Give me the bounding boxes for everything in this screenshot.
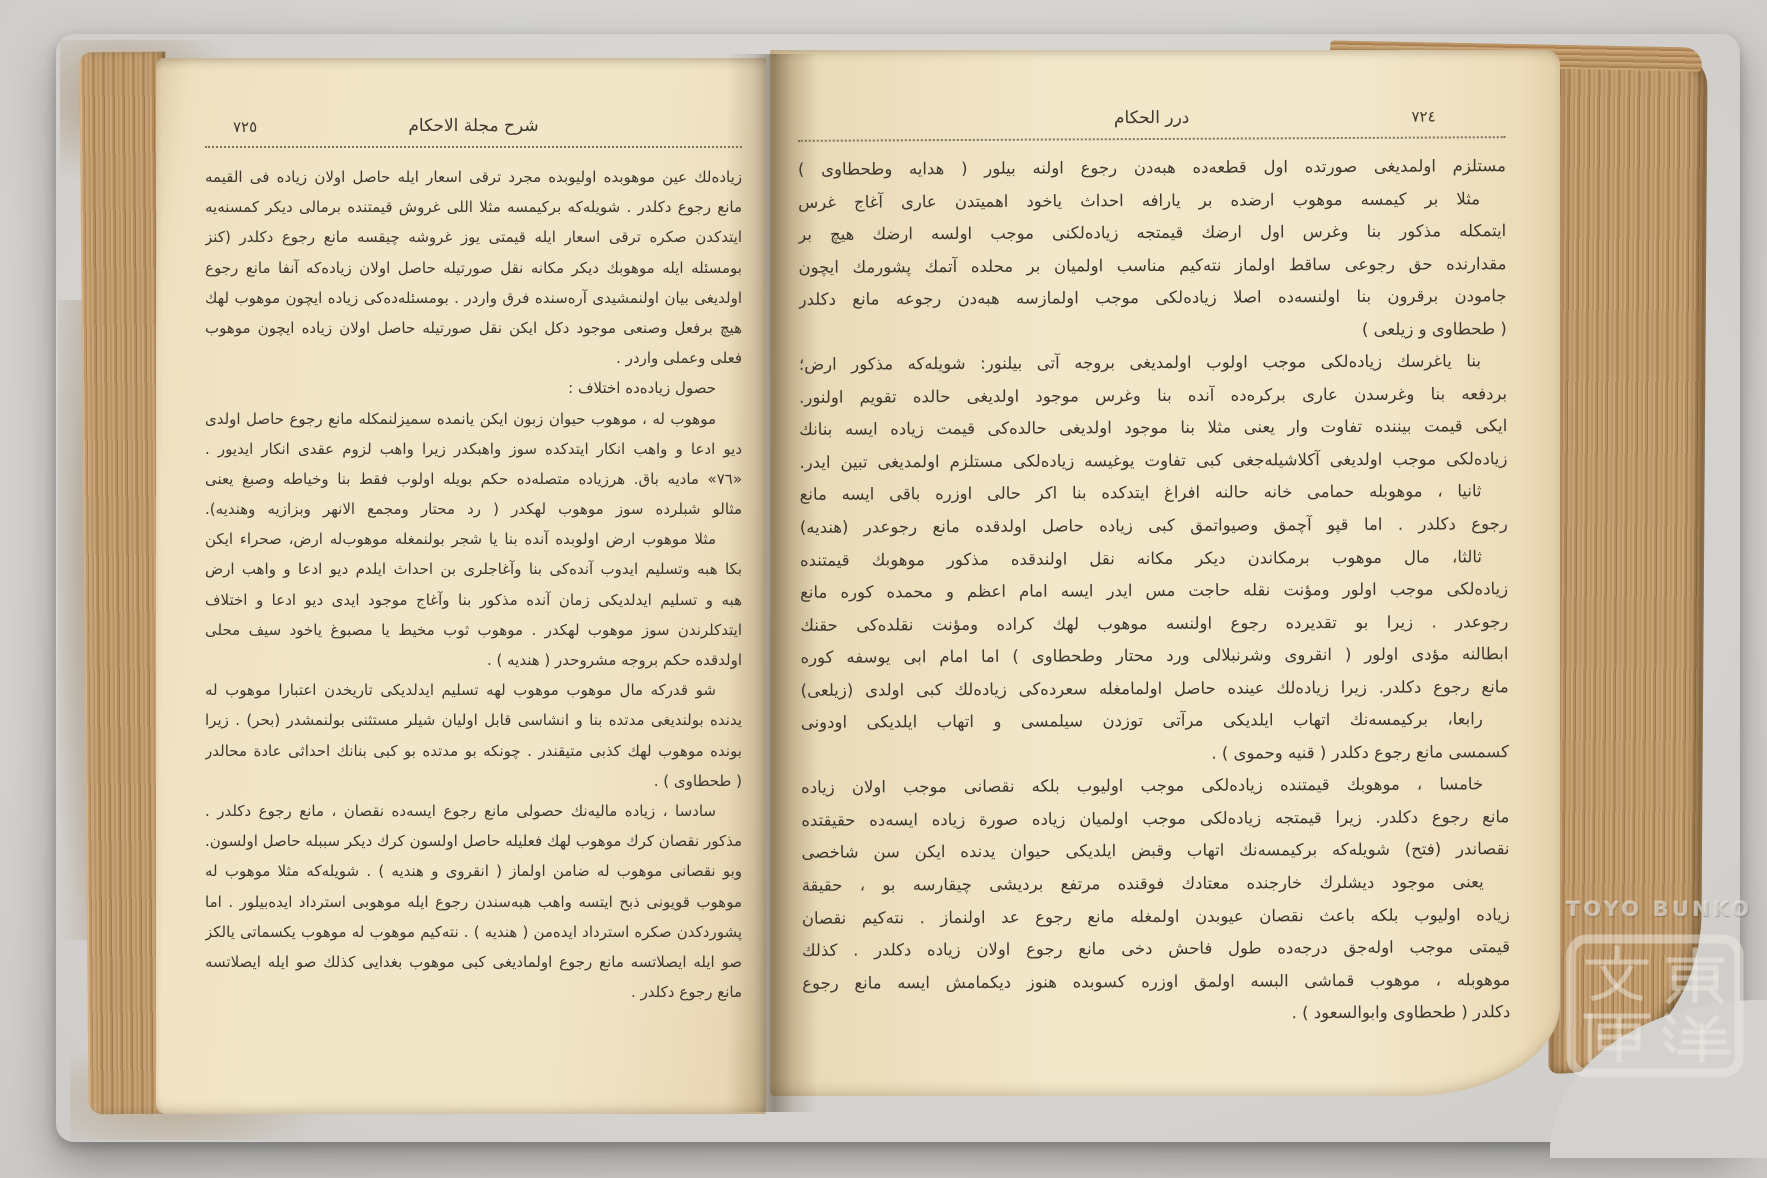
text-line: ايتمكله مذكور بنا وغرس اول ارضك قيمتجه ز… <box>798 215 1506 251</box>
text-line: موهوبله ، موهوب قماشى البسه اولمق اوزره … <box>802 964 1510 1000</box>
text-line: هبه و تسليم ايدلديكى زمان آنده مذكور بنا… <box>205 585 742 615</box>
text-line: مانع رجوع دكلدر . <box>205 977 742 1007</box>
text-line: وبو نقصانى موهوب له ضامن اولماز ( انقروى… <box>205 856 742 886</box>
text-line: ( طحطاوى ) . <box>205 766 742 796</box>
text-line: مانع رجوع دكلدر. زيرا زياده‌لك عينده حاص… <box>801 671 1509 707</box>
text-line: رجوع دكلدر . اما قپو آچمق وصيواتمق كبى ز… <box>800 508 1508 544</box>
text-line: ايتدكلرندن سوز موهوب لهكدر . موهوب ثوب م… <box>205 615 742 645</box>
right-page-text: مستلزم اولمديغى صورتده اول قطعه‌ده هبه‌د… <box>798 150 1511 1032</box>
right-page-header: ٧٢٤ درر الحكام <box>798 102 1506 136</box>
text-line: ديو ادعا و واهب انكار ايتدكده سوز واهبكد… <box>205 434 742 464</box>
book-photo: ٧٢٥ شرح مجلة الاحكام زياده‌لك عين موهوبد… <box>0 0 1767 1178</box>
text-line: رابعا، بركيمسه‌نك اتهاب ايلديكى مرآتى تو… <box>801 703 1509 739</box>
text-line: حصول زياده‌ده اختلاف : <box>205 373 742 403</box>
text-line: اولدقده حكم بروجه مشروحدر ( هنديه ) . <box>205 645 742 675</box>
text-line: نقصاندر (فتح) شويله‌كه بركيمسه‌نك اتهاب … <box>801 834 1509 870</box>
text-line: مثلا موهوب ارض اولوبده آنده بنا يا شجر ب… <box>205 524 742 554</box>
left-header-rule <box>205 146 742 148</box>
left-page-title: شرح مجلة الاحكام <box>205 112 742 140</box>
text-line: ايتدكدن صكره ترقى اسعار ايله قيمتى يوز غ… <box>205 222 742 252</box>
text-line: يعنى موجود ديشلرك خارجنده معتادك فوقنده … <box>802 866 1510 902</box>
text-line: مقدارنده حق رجوعى ساقط اولماز نته‌كيم من… <box>798 248 1506 284</box>
watermark-text: TOYO BUNKO <box>1566 899 1757 919</box>
text-line: مانع رجوع دكلدر. زيرا قيمتجه زياده‌لكى م… <box>801 801 1509 837</box>
text-line: بردفعه بنا وغرسدن عارى بركره‌ده آنده بنا… <box>799 378 1507 414</box>
text-line: اولديغى بيان اولنمشيدى آره‌سنده فرق وارد… <box>205 283 742 313</box>
text-line: يدنده بولنديغى مدتده بنا و انشاسى قابل ا… <box>205 705 742 735</box>
text-line: مثلا بر كيمسه موهوب ارضده بر يارافه احدا… <box>798 183 1506 219</box>
text-line: موهوب له ، موهوب حيوان زبون ايكن يانمده … <box>205 404 742 434</box>
text-line: شو قدركه مال موهوب موهوب لهه تسليم ايدلد… <box>205 675 742 705</box>
text-line: هيچ برفعل وصنعى موجود دكل ايكن نقل صورتي… <box>205 313 742 343</box>
text-line: مستلزم اولمديغى صورتده اول قطعه‌ده هبه‌د… <box>798 150 1506 186</box>
text-line: جامودن برقرون بنا اولنسه‌ده اصلا زياده‌ل… <box>799 280 1507 316</box>
text-line: كسمسى مانع رجوع دكلدر ( قنيه وحموى ) . <box>801 736 1509 772</box>
right-page: ٧٢٤ درر الحكام مستلزم اولمديغى صورتده او… <box>798 102 1511 1032</box>
left-page: ٧٢٥ شرح مجلة الاحكام زياده‌لك عين موهوبد… <box>205 112 742 1007</box>
text-line: «٧٦» ماديه باق. هرزياده متصله‌ده حكم بوي… <box>205 464 742 494</box>
text-line: ابطالنه مؤدى اولور ( انقروى وشرنبلالى ور… <box>800 638 1508 674</box>
text-line: ثانيا ، موهوبله حمامى خانه حالنه افراغ ا… <box>800 476 1508 512</box>
text-line: رجوعدر . زيرا بو تقديرده رجوع اولنسه موه… <box>800 606 1508 642</box>
library-seal-icon <box>1566 934 1744 1078</box>
text-line: سادسا ، زياده ماليه‌نك حصولى مانع رجوع ا… <box>205 796 742 826</box>
text-line: قيمتى موجب اوله‌جق درجه‌ده طول فاحش دخى … <box>802 931 1510 967</box>
text-line: زياده‌لك عين موهوبده اوليوبده مجرد ترقى … <box>205 162 742 192</box>
text-line: فعلى وعملى واردر . <box>205 343 742 373</box>
toyo-bunko-watermark: TOYO BUNKO <box>1566 899 1748 1078</box>
text-line: پشوردكدن صكره استرداد ايده‌من ( هنديه ) … <box>205 917 742 947</box>
text-line: ثالثا، مال موهوب برمكاندن ديكر مكانه نقل… <box>800 541 1508 577</box>
text-line: مانع رجوع دكلدر . شويله‌كه بركيمسه مثلا … <box>205 192 742 222</box>
right-page-title: درر الحكام <box>798 102 1506 134</box>
text-line: زياده‌لكى موجب اولديغى آكلاشيله‌جغى كبى … <box>799 443 1507 479</box>
left-page-header: ٧٢٥ شرح مجلة الاحكام <box>205 112 742 142</box>
right-header-rule <box>798 136 1506 142</box>
text-line: صو ايله ايصلاتسه مانع رجوع اولماديغى كبى… <box>205 947 742 977</box>
text-line: دكلدر ( طحطاوى وابوالسعود ) . <box>802 996 1510 1032</box>
left-page-text: زياده‌لك عين موهوبده اوليوبده مجرد ترقى … <box>205 162 742 1007</box>
text-line: زياده اوليوب بلكه باعث نقصان عيوبدن اولم… <box>802 899 1510 935</box>
text-line: مذكور نقصان كرك موهوب لهك فعليله حاصل او… <box>205 826 742 856</box>
text-line: بكا هبه وتسليم ايدوب آنده‌كى بنا وآغاجلر… <box>205 554 742 584</box>
text-line: مثالو شبلرده سوز موهوب لهكدر ( رد محتار … <box>205 494 742 524</box>
text-line: ( طحطاوى و زيلعى ) <box>799 313 1507 349</box>
text-line: بونده موهوب لهك كذبى متيقندر . چونكه بو … <box>205 736 742 766</box>
text-line: بومسئله ايله موهوبك ديكر مكانه نقل صورتي… <box>205 253 742 283</box>
text-line: زياده‌لكى موجب اولور ومؤنت نقله حاجت مس … <box>800 573 1508 609</box>
text-line: موهوب قويونى ذبح ايتسه واهب هبه‌سندن رجو… <box>205 887 742 917</box>
text-line: ايكى قيمت بيننده تفاوت وار يعنى مثلا بنا… <box>799 411 1507 447</box>
text-line: بنا ياغرسك زياده‌لكى موجب اولوب اولمديغى… <box>799 345 1507 381</box>
text-line: خامسا ، موهوبك قيمتنده زياده‌لكى موجب او… <box>801 769 1509 805</box>
